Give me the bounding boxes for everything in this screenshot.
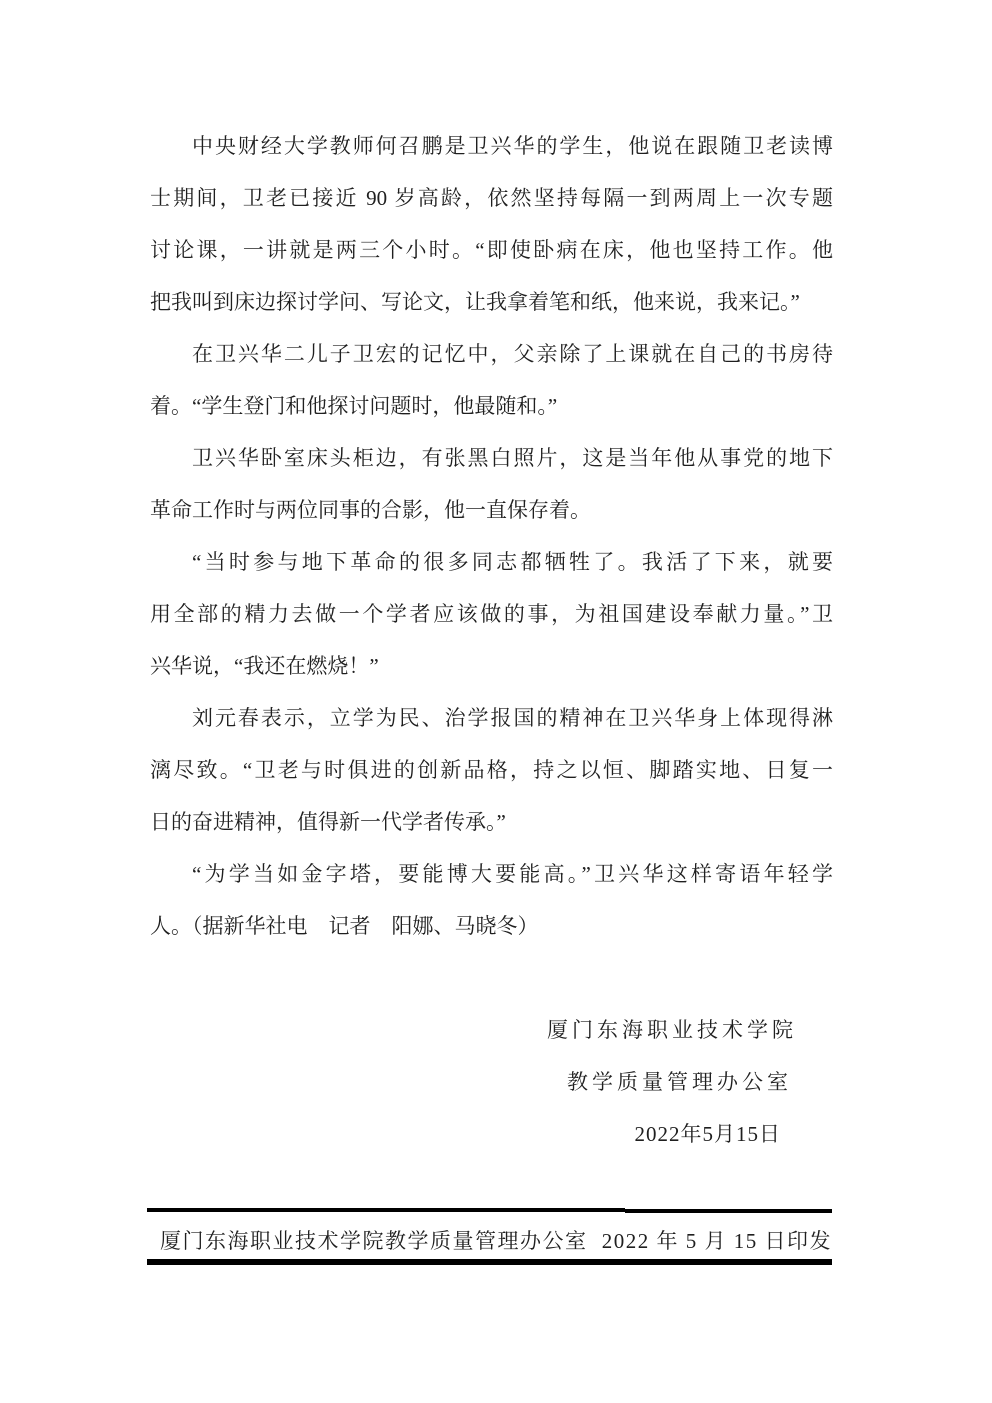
colophon-top-rule-right-segment [625, 1209, 832, 1213]
colophon-top-rule [147, 1208, 832, 1214]
body-line: 人。（据新华社电 记者 阳娜、马晓冬） [150, 900, 833, 952]
body-line: 把我叫到床边探讨学问、写论文，让我拿着笔和纸，他来说，我来记。” [150, 276, 833, 328]
body-line: 刘元春表示，立学为民、治学报国的精神在卫兴华身上体现得淋 [150, 692, 833, 744]
colophon-bottom-rule [147, 1259, 832, 1265]
colophon: 厦门东海职业技术学院教学质量管理办公室 2022 年 5 月 15 日印发 [147, 1208, 832, 1265]
colophon-print-date: 2022 年 5 月 15 日印发 [602, 1226, 832, 1256]
body-line: 士期间，卫老已接近 90 岁高龄，依然坚持每隔一到两周上一次专题 [150, 172, 833, 224]
document-page: 中央财经大学教师何召鹏是卫兴华的学生，他说在跟随卫老读博士期间，卫老已接近 90… [0, 0, 992, 1403]
body-line: 讨论课，一讲就是两三个小时。“即使卧病在床，他也坚持工作。他 [150, 224, 833, 276]
colophon-issuer: 厦门东海职业技术学院教学质量管理办公室 [160, 1226, 588, 1256]
body-line: 用全部的精力去做一个学者应该做的事，为祖国建设奉献力量。”卫 [150, 588, 833, 640]
body-line: 漓尽致。“卫老与时俱进的创新品格，持之以恒、脚踏实地、日复一 [150, 744, 833, 796]
body-text: 中央财经大学教师何召鹏是卫兴华的学生，他说在跟随卫老读博士期间，卫老已接近 90… [150, 120, 833, 952]
body-line: 日的奋进精神，值得新一代学者传承。” [150, 796, 833, 848]
body-line: 革命工作时与两位同事的合影，他一直保存着。 [150, 484, 833, 536]
closing-office-name: 教学质量管理办公室 [0, 1056, 992, 1108]
body-line: 中央财经大学教师何召鹏是卫兴华的学生，他说在跟随卫老读博 [150, 120, 833, 172]
body-line: 卫兴华卧室床头柜边，有张黑白照片，这是当年他从事党的地下 [150, 432, 833, 484]
closing-date: 2022年5月15日 [0, 1108, 992, 1160]
body-line: 兴华说，“我还在燃烧！” [150, 640, 833, 692]
body-line: 着。“学生登门和他探讨问题时，他最随和。” [150, 380, 833, 432]
body-line: “为学当如金字塔，要能博大要能高。”卫兴华这样寄语年轻学 [150, 848, 833, 900]
closing-org-name: 厦门东海职业技术学院 [0, 1004, 992, 1056]
colophon-text-row: 厦门东海职业技术学院教学质量管理办公室 2022 年 5 月 15 日印发 [147, 1226, 832, 1256]
colophon-top-rule-left-segment [147, 1208, 625, 1212]
body-line: “当时参与地下革命的很多同志都牺牲了。我活了下来，就要 [150, 536, 833, 588]
closing-block: 厦门东海职业技术学院 教学质量管理办公室 2022年5月15日 [0, 1004, 992, 1160]
body-line: 在卫兴华二儿子卫宏的记忆中，父亲除了上课就在自己的书房待 [150, 328, 833, 380]
